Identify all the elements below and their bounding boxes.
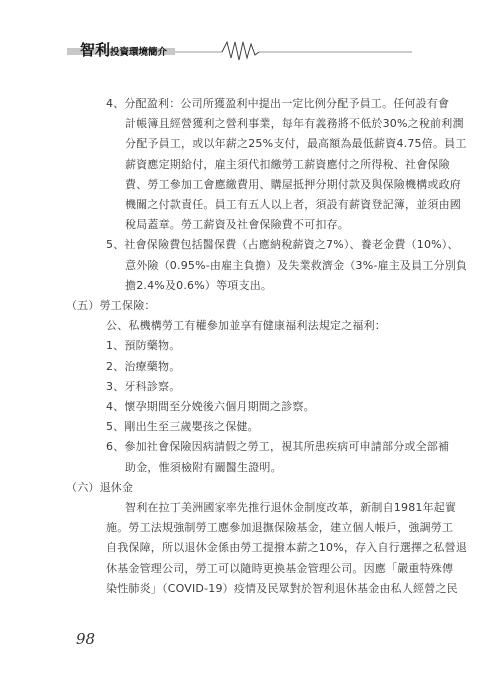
text-line: 4、懷孕期間至分娩後六個月期間之診察。 — [106, 400, 315, 414]
running-header: 智利投資環境簡介 — [0, 0, 480, 70]
text-line: 助金，惟須檢附有關醫生證明。 — [125, 461, 282, 475]
text-line: 稅局蓋章。勞工薪資及社會保險費不可扣存。 — [125, 218, 349, 232]
text-line: 4、分配盈利：公司所獲盈利中提出一定比例分配予員工。任何設有會 — [106, 97, 449, 111]
text-line: （六）退休金 — [66, 481, 133, 495]
text-line: 費、勞工參加工會應繳費用、購屋抵押分期付款及與保險機構或政府 — [125, 178, 461, 192]
text-line: 3、牙科診察。 — [106, 380, 180, 394]
text-line: 自我保障，所以退休金係由勞工提撥本薪之10%，存入自行選擇之私營退 — [106, 541, 467, 555]
text-line: 擔2.4%及0.6%）等項支出。 — [125, 279, 272, 293]
text-line: 6、參加社會保險因病請假之勞工，視其所患疾病可申請部分或全部補 — [106, 440, 449, 454]
text-line: 機關之付款責任。員工有五人以上者，須設有薪資登記簿，並須由國 — [125, 198, 461, 212]
text-line: 染性肺炎」（COVID-19）疫情及民眾對於智利退休基金由私人經營之民 — [106, 582, 458, 596]
text-line: 智利在拉丁美洲國家率先推行退休金制度改革，新制自1981年起實 — [125, 501, 456, 515]
text-line: （五）勞工保險： — [66, 299, 156, 313]
text-line: 1、預防藥物。 — [106, 339, 180, 353]
text-line: 意外險（0.95%-由雇主負擔）及失業救濟金（3%-雇主及員工分別負 — [125, 259, 467, 273]
text-line: 施。勞工法規強制勞工應參加退撫保險基金，建立個人帳戶，強調勞工 — [106, 521, 453, 535]
text-line: 計帳簿且經營獲利之營利事業，每年有義務將不低於30%之稅前利潤 — [125, 117, 464, 131]
text-line: 2、治療藥物。 — [106, 360, 180, 374]
text-line: 分配予員工，或以年薪之25%支付，最高額為最低薪資4.75倍。員工 — [125, 137, 467, 151]
text-line: 公、私機構勞工有權參加並享有健康福利法規定之福利： — [106, 319, 386, 333]
text-line: 5、剛出生至三歲嬰孩之保健。 — [106, 420, 259, 434]
page-number: 98 — [76, 630, 95, 648]
text-line: 休基金管理公司，勞工可以隨時更換基金管理公司。因應「嚴重特殊傳 — [106, 562, 453, 576]
text-line: 5、社會保險費包括醫保費（占應納稅薪資之7%）、養老金費（10%）、 — [106, 238, 459, 252]
header-zigzag-line-icon — [0, 0, 480, 70]
text-line: 薪資應定期給付，雇主須代扣繳勞工薪資應付之所得稅、社會保險 — [125, 158, 450, 172]
